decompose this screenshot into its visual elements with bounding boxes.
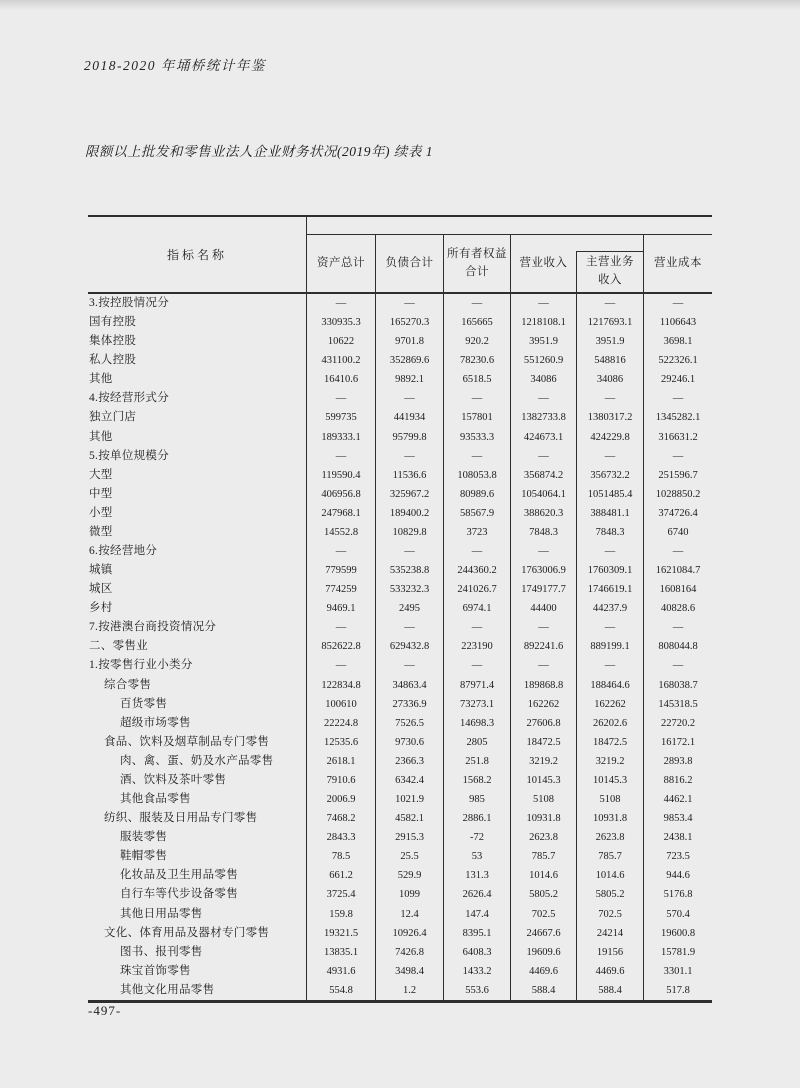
row-value: 241026.7 [443, 580, 510, 599]
row-value: — [510, 542, 576, 561]
row-value: 529.9 [375, 866, 443, 885]
row-value: 554.8 [307, 981, 375, 1000]
row-value: — [510, 294, 576, 313]
col-header-operating-cost: 营业成本 [643, 235, 712, 292]
row-value: — [643, 656, 712, 675]
row-value: 34086 [576, 370, 643, 389]
row-label: 微型 [88, 523, 307, 542]
row-value: 3723 [443, 523, 510, 542]
row-value: 34863.4 [375, 676, 443, 695]
row-label: 6.按经营地分 [88, 542, 307, 561]
row-label: 肉、禽、蛋、奶及水产品零售 [88, 752, 307, 771]
row-value: 6408.3 [443, 943, 510, 962]
row-value: 87971.4 [443, 676, 510, 695]
row-value: — [443, 294, 510, 313]
row-value: 3301.1 [643, 962, 712, 981]
row-value: 2805 [443, 733, 510, 752]
row-value: 325967.2 [375, 485, 443, 504]
row-label: 其他文化用品零售 [88, 981, 307, 1000]
row-value: — [643, 618, 712, 637]
row-label: 百货零售 [88, 695, 307, 714]
row-value: 10931.8 [510, 809, 576, 828]
row-value: 34086 [510, 370, 576, 389]
row-value: 7848.3 [510, 523, 576, 542]
row-value: 7848.3 [576, 523, 643, 542]
table-row: 小型247968.1189400.258567.9388620.3388481.… [88, 504, 712, 523]
page-number: -497- [88, 1003, 121, 1019]
yearbook-title: 2018-2020 年埇桥统计年鉴 [84, 54, 266, 74]
row-value: 73273.1 [443, 695, 510, 714]
row-value: 131.3 [443, 866, 510, 885]
row-value: 157801 [443, 408, 510, 427]
row-value: 108053.8 [443, 466, 510, 485]
row-value: 145318.5 [643, 695, 712, 714]
row-value: 985 [443, 790, 510, 809]
row-value: 431100.2 [307, 351, 375, 370]
row-value: 1217693.1 [576, 313, 643, 332]
table-body: 3.按控股情况分——————国有控股330935.3165270.3165665… [88, 294, 712, 1003]
row-label: 其他 [88, 428, 307, 447]
row-label: 中型 [88, 485, 307, 504]
row-label: 化妆品及卫生用品零售 [88, 866, 307, 885]
row-value: 9701.8 [375, 332, 443, 351]
row-value: 2438.1 [643, 828, 712, 847]
row-value: — [443, 618, 510, 637]
row-label: 其他日用品零售 [88, 905, 307, 924]
row-value: — [576, 656, 643, 675]
row-label: 综合零售 [88, 676, 307, 695]
row-value: 165270.3 [375, 313, 443, 332]
table-row: 百货零售10061027336.973273.11622621622621453… [88, 695, 712, 714]
row-value: 4582.1 [375, 809, 443, 828]
row-label: 大型 [88, 466, 307, 485]
row-value: 18472.5 [576, 733, 643, 752]
row-value: 522326.1 [643, 351, 712, 370]
row-value: 6342.4 [375, 771, 443, 790]
row-label: 3.按控股情况分 [88, 294, 307, 313]
row-value: 15781.9 [643, 943, 712, 962]
row-value: 147.4 [443, 905, 510, 924]
row-value: 7910.6 [307, 771, 375, 790]
row-value: 100610 [307, 695, 375, 714]
row-value: — [375, 618, 443, 637]
row-value: 785.7 [576, 847, 643, 866]
row-value: 6974.1 [443, 599, 510, 618]
row-value: 12.4 [375, 905, 443, 924]
row-value: 661.2 [307, 866, 375, 885]
row-value: 189333.1 [307, 428, 375, 447]
row-label: 私人控股 [88, 351, 307, 370]
row-value: 10829.8 [375, 523, 443, 542]
row-value: 27336.9 [375, 695, 443, 714]
row-value: 189400.2 [375, 504, 443, 523]
row-value: 1621084.7 [643, 561, 712, 580]
row-value: 5805.2 [576, 885, 643, 904]
row-value: 119590.4 [307, 466, 375, 485]
financial-table: 指标名称 资产总计 负债合计 所有者权益 合计 营业收入 主营业务 收入 营业成… [88, 215, 712, 1003]
row-value: 7426.8 [375, 943, 443, 962]
row-value: 388481.1 [576, 504, 643, 523]
table-row: 国有控股330935.3165270.31656651218108.112176… [88, 313, 712, 332]
row-value: 892241.6 [510, 637, 576, 656]
row-value: 1.2 [375, 981, 443, 1000]
row-value: — [307, 656, 375, 675]
row-value: 53 [443, 847, 510, 866]
row-label: 纺织、服装及日用品专门零售 [88, 809, 307, 828]
row-value: 1021.9 [375, 790, 443, 809]
row-value: 920.2 [443, 332, 510, 351]
row-value: 1763006.9 [510, 561, 576, 580]
table-row: 3.按控股情况分—————— [88, 294, 712, 313]
table-row: 其他食品零售2006.91021.9985510851084462.1 [88, 790, 712, 809]
row-label: 文化、体育用品及器材专门零售 [88, 924, 307, 943]
table-row: 综合零售122834.834863.487971.4189868.8188464… [88, 676, 712, 695]
row-label: 1.按零售行业小类分 [88, 656, 307, 675]
col-header-total-assets: 资产总计 [307, 235, 375, 292]
row-value: — [576, 447, 643, 466]
row-label: 超级市场零售 [88, 714, 307, 733]
row-value: 44400 [510, 599, 576, 618]
row-value: — [443, 447, 510, 466]
row-value: 6518.5 [443, 370, 510, 389]
row-value: 1014.6 [510, 866, 576, 885]
row-value: 1051485.4 [576, 485, 643, 504]
row-value: 223190 [443, 637, 510, 656]
row-value: 785.7 [510, 847, 576, 866]
row-label: 图书、报刊零售 [88, 943, 307, 962]
row-value: 10931.8 [576, 809, 643, 828]
row-value: 4469.6 [576, 962, 643, 981]
row-value: — [307, 389, 375, 408]
row-value: 2623.8 [576, 828, 643, 847]
row-value: — [510, 389, 576, 408]
row-value: — [375, 542, 443, 561]
row-value: 1028850.2 [643, 485, 712, 504]
table-row: 酒、饮料及茶叶零售7910.66342.41568.210145.310145.… [88, 771, 712, 790]
row-value: — [576, 389, 643, 408]
row-value: 7526.5 [375, 714, 443, 733]
row-value: 162262 [510, 695, 576, 714]
row-label: 5.按单位规模分 [88, 447, 307, 466]
row-value: 12535.6 [307, 733, 375, 752]
row-value: 5108 [576, 790, 643, 809]
row-value: 1380317.2 [576, 408, 643, 427]
row-value: -72 [443, 828, 510, 847]
col-header-main-business-revenue: 主营业务 收入 [576, 251, 643, 292]
row-value: — [576, 618, 643, 637]
row-value: 702.5 [510, 905, 576, 924]
col-header-owner-equity: 所有者权益 合计 [443, 235, 510, 292]
row-value: 1746619.1 [576, 580, 643, 599]
row-value: 189868.8 [510, 676, 576, 695]
row-value: — [643, 294, 712, 313]
row-value: — [307, 447, 375, 466]
row-value: 3498.4 [375, 962, 443, 981]
row-value: 388620.3 [510, 504, 576, 523]
row-label: 独立门店 [88, 408, 307, 427]
table-row: 鞋帽零售78.525.553785.7785.7723.5 [88, 847, 712, 866]
table-row: 微型14552.810829.837237848.37848.36740 [88, 523, 712, 542]
table-row: 其他189333.195799.893533.3424673.1424229.8… [88, 428, 712, 447]
table-row: 城镇779599535238.8244360.21763006.91760309… [88, 561, 712, 580]
row-label: 小型 [88, 504, 307, 523]
row-value: 247968.1 [307, 504, 375, 523]
row-value: 588.4 [510, 981, 576, 1000]
row-value: 852622.8 [307, 637, 375, 656]
row-value: — [375, 447, 443, 466]
row-value: 774259 [307, 580, 375, 599]
row-value: 14698.3 [443, 714, 510, 733]
row-value: 1345282.1 [643, 408, 712, 427]
row-value: 25.5 [375, 847, 443, 866]
row-value: 1760309.1 [576, 561, 643, 580]
row-value: 19609.6 [510, 943, 576, 962]
row-value: 2366.3 [375, 752, 443, 771]
row-value: 356874.2 [510, 466, 576, 485]
row-value: 251.8 [443, 752, 510, 771]
row-value: 5805.2 [510, 885, 576, 904]
row-value: 2915.3 [375, 828, 443, 847]
row-value: 2843.3 [307, 828, 375, 847]
table-row: 其他16410.69892.16518.5340863408629246.1 [88, 370, 712, 389]
row-value: 24214 [576, 924, 643, 943]
row-value: 3951.9 [576, 332, 643, 351]
row-value: — [443, 542, 510, 561]
table-row: 其他文化用品零售554.81.2553.6588.4588.4517.8 [88, 981, 712, 1000]
row-value: 406956.8 [307, 485, 375, 504]
row-value: 44237.9 [576, 599, 643, 618]
row-value: 599735 [307, 408, 375, 427]
row-label: 二、零售业 [88, 637, 307, 656]
row-value: 10622 [307, 332, 375, 351]
row-value: 5108 [510, 790, 576, 809]
row-value: 1099 [375, 885, 443, 904]
row-value: 19600.8 [643, 924, 712, 943]
row-value: 8395.1 [443, 924, 510, 943]
row-value: 168038.7 [643, 676, 712, 695]
row-value: 1014.6 [576, 866, 643, 885]
row-value: 7468.2 [307, 809, 375, 828]
row-value: — [443, 656, 510, 675]
row-value: 779599 [307, 561, 375, 580]
row-value: 40828.6 [643, 599, 712, 618]
row-value: 2893.8 [643, 752, 712, 771]
row-value: 889199.1 [576, 637, 643, 656]
table-row: 其他日用品零售159.812.4147.4702.5702.5570.4 [88, 905, 712, 924]
row-value: 18472.5 [510, 733, 576, 752]
row-label: 国有控股 [88, 313, 307, 332]
row-value: 11536.6 [375, 466, 443, 485]
table-row: 珠宝首饰零售4931.63498.41433.24469.64469.63301… [88, 962, 712, 981]
row-value: 10926.4 [375, 924, 443, 943]
table-row: 大型119590.411536.6108053.8356874.2356732.… [88, 466, 712, 485]
row-label: 自行车等代步设备零售 [88, 885, 307, 904]
row-value: 551260.9 [510, 351, 576, 370]
row-value: 13835.1 [307, 943, 375, 962]
row-value: 6740 [643, 523, 712, 542]
row-value: — [375, 294, 443, 313]
row-value: 548816 [576, 351, 643, 370]
row-value: 58567.9 [443, 504, 510, 523]
row-value: 570.4 [643, 905, 712, 924]
row-label: 7.按港澳台商投资情况分 [88, 618, 307, 637]
row-value: 3219.2 [576, 752, 643, 771]
row-value: 424673.1 [510, 428, 576, 447]
row-value: 424229.8 [576, 428, 643, 447]
row-value: 188464.6 [576, 676, 643, 695]
row-value: 24667.6 [510, 924, 576, 943]
row-value: 808044.8 [643, 637, 712, 656]
row-value: 517.8 [643, 981, 712, 1000]
row-value: 1054064.1 [510, 485, 576, 504]
row-value: — [510, 447, 576, 466]
row-value: 19321.5 [307, 924, 375, 943]
row-value: 9853.4 [643, 809, 712, 828]
col-header-operating-revenue: 营业收入 [510, 235, 576, 292]
row-value: 16410.6 [307, 370, 375, 389]
row-value: 27606.8 [510, 714, 576, 733]
row-value: 5176.8 [643, 885, 712, 904]
table-row: 纺织、服装及日用品专门零售7468.24582.12886.110931.810… [88, 809, 712, 828]
row-value: 374726.4 [643, 504, 712, 523]
table-row: 肉、禽、蛋、奶及水产品零售2618.12366.3251.83219.23219… [88, 752, 712, 771]
row-value: 1608164 [643, 580, 712, 599]
row-value: 2495 [375, 599, 443, 618]
row-value: 2626.4 [443, 885, 510, 904]
row-label: 服装零售 [88, 828, 307, 847]
table-row: 7.按港澳台商投资情况分—————— [88, 618, 712, 637]
table-row: 乡村9469.124956974.14440044237.940828.6 [88, 599, 712, 618]
row-label: 其他 [88, 370, 307, 389]
row-value: 3219.2 [510, 752, 576, 771]
row-value: 723.5 [643, 847, 712, 866]
row-value: 244360.2 [443, 561, 510, 580]
table-row: 独立门店5997354419341578011382733.81380317.2… [88, 408, 712, 427]
row-value: — [643, 447, 712, 466]
row-value: 29246.1 [643, 370, 712, 389]
row-value: — [643, 542, 712, 561]
row-value: 356732.2 [576, 466, 643, 485]
row-value: 1106643 [643, 313, 712, 332]
row-value: 159.8 [307, 905, 375, 924]
row-value: 441934 [375, 408, 443, 427]
row-value: 10145.3 [510, 771, 576, 790]
row-value: — [307, 294, 375, 313]
table-header: 指标名称 资产总计 负债合计 所有者权益 合计 营业收入 主营业务 收入 营业成… [88, 215, 712, 294]
row-value: 9892.1 [375, 370, 443, 389]
row-value: 1382733.8 [510, 408, 576, 427]
row-value: 26202.6 [576, 714, 643, 733]
row-value: 330935.3 [307, 313, 375, 332]
row-value: — [576, 294, 643, 313]
row-value: — [375, 389, 443, 408]
row-value: 4469.6 [510, 962, 576, 981]
table-row: 文化、体育用品及器材专门零售19321.510926.48395.124667.… [88, 924, 712, 943]
table-row: 中型406956.8325967.280989.61054064.1105148… [88, 485, 712, 504]
table-row: 4.按经营形式分—————— [88, 389, 712, 408]
row-value: 251596.7 [643, 466, 712, 485]
row-value: — [510, 656, 576, 675]
row-value: 553.6 [443, 981, 510, 1000]
row-value: — [307, 618, 375, 637]
row-value: 22224.8 [307, 714, 375, 733]
row-value: 3698.1 [643, 332, 712, 351]
table-row: 图书、报刊零售13835.17426.86408.319609.61915615… [88, 943, 712, 962]
table-caption: 限额以上批发和零售业法人企业财务状况(2019年) 续表 1 [85, 140, 433, 160]
row-label: 珠宝首饰零售 [88, 962, 307, 981]
row-value: 2623.8 [510, 828, 576, 847]
row-value: 93533.3 [443, 428, 510, 447]
row-value: — [375, 656, 443, 675]
col-header-total-liabilities: 负债合计 [375, 235, 443, 292]
row-label: 其他食品零售 [88, 790, 307, 809]
row-label: 4.按经营形式分 [88, 389, 307, 408]
row-value: 1568.2 [443, 771, 510, 790]
table-row: 超级市场零售22224.87526.514698.327606.826202.6… [88, 714, 712, 733]
table-row: 6.按经营地分—————— [88, 542, 712, 561]
table-row: 食品、饮料及烟草制品专门零售12535.69730.6280518472.518… [88, 733, 712, 752]
row-value: — [443, 389, 510, 408]
row-value: 2618.1 [307, 752, 375, 771]
row-value: 10145.3 [576, 771, 643, 790]
row-value: 95799.8 [375, 428, 443, 447]
row-value: 2006.9 [307, 790, 375, 809]
row-label: 集体控股 [88, 332, 307, 351]
indicator-name-header: 指标名称 [88, 217, 307, 292]
row-value: 3725.4 [307, 885, 375, 904]
row-label: 乡村 [88, 599, 307, 618]
row-value: 16172.1 [643, 733, 712, 752]
row-label: 城镇 [88, 561, 307, 580]
row-value: 535238.8 [375, 561, 443, 580]
row-value: — [510, 618, 576, 637]
header-top-band [307, 217, 712, 235]
row-value: 14552.8 [307, 523, 375, 542]
row-value: 629432.8 [375, 637, 443, 656]
row-value: 352869.6 [375, 351, 443, 370]
row-label: 食品、饮料及烟草制品专门零售 [88, 733, 307, 752]
row-label: 酒、饮料及茶叶零售 [88, 771, 307, 790]
table-row: 服装零售2843.32915.3-722623.82623.82438.1 [88, 828, 712, 847]
row-value: 4462.1 [643, 790, 712, 809]
row-value: — [307, 542, 375, 561]
row-value: 80989.6 [443, 485, 510, 504]
row-value: 944.6 [643, 866, 712, 885]
row-value: 162262 [576, 695, 643, 714]
table-row: 城区774259533232.3241026.71749177.71746619… [88, 580, 712, 599]
row-value: 702.5 [576, 905, 643, 924]
row-value: 316631.2 [643, 428, 712, 447]
table-row: 集体控股106229701.8920.23951.93951.93698.1 [88, 332, 712, 351]
row-value: 533232.3 [375, 580, 443, 599]
table-row: 自行车等代步设备零售3725.410992626.45805.25805.251… [88, 885, 712, 904]
row-value: 78.5 [307, 847, 375, 866]
row-label: 城区 [88, 580, 307, 599]
row-value: 1218108.1 [510, 313, 576, 332]
row-value: 2886.1 [443, 809, 510, 828]
row-value: 22720.2 [643, 714, 712, 733]
row-value: 9730.6 [375, 733, 443, 752]
row-value: 588.4 [576, 981, 643, 1000]
row-value: 1749177.7 [510, 580, 576, 599]
row-value: 8816.2 [643, 771, 712, 790]
row-value: 19156 [576, 943, 643, 962]
row-value: 122834.8 [307, 676, 375, 695]
table-row: 化妆品及卫生用品零售661.2529.9131.31014.61014.6944… [88, 866, 712, 885]
row-value: 78230.6 [443, 351, 510, 370]
table-row: 私人控股431100.2352869.678230.6551260.954881… [88, 351, 712, 370]
row-label: 鞋帽零售 [88, 847, 307, 866]
